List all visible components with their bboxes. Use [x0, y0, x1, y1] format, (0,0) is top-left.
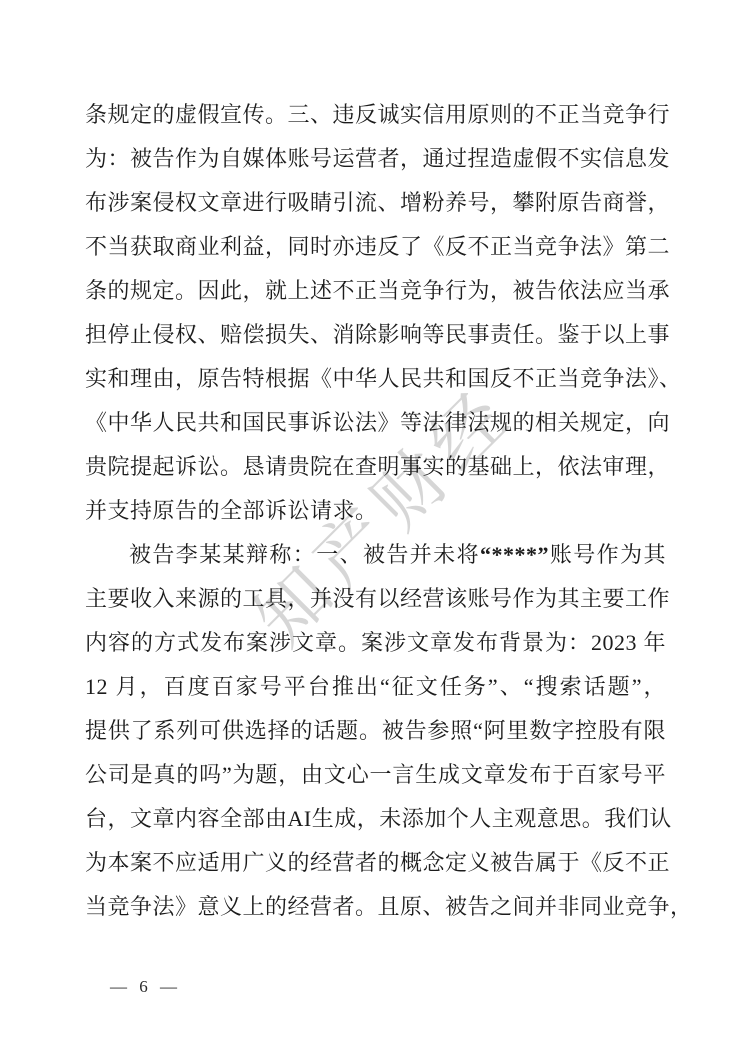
text-segment: 台，文章内容全部由AI生成，未添加个人主观意思。我们认	[85, 806, 672, 831]
text-line: 条的规定。因此，就上述不正当竞争行为，被告依法应当承	[85, 269, 666, 313]
text-line: 公司是真的吗”为题，由文心一言生成文章发布于百家号平	[85, 753, 666, 797]
text-line: 台，文章内容全部由AI生成，未添加个人主观意思。我们认	[85, 797, 666, 841]
text-line: 布涉案侵权文章进行吸睛引流、增粉养号，攀附原告商誉，	[85, 181, 666, 225]
text-segment: 《中华人民共和国民事诉讼法》等法律法规的相关规定，向	[85, 410, 670, 435]
redacted-account-name: “****”	[480, 542, 549, 567]
text-line: 为：被告作为自媒体账号运营者，通过捏造虚假不实信息发	[85, 137, 666, 181]
text-line: 并支持原告的全部诉讼请求。	[85, 489, 666, 533]
text-line: 12 月，百度百家号平台推出“征文任务”、“搜索话题”，	[85, 665, 666, 709]
text-segment: 担停止侵权、赔偿损失、消除影响等民事责任。鉴于以上事	[85, 322, 670, 347]
text-segment: 实和理由，原告特根据《中华人民共和国反不正当竞争法》、	[85, 366, 682, 391]
text-segment: 贵院提起诉讼。恳请贵院在查明事实的基础上，依法审理，	[85, 454, 670, 479]
text-line: 贵院提起诉讼。恳请贵院在查明事实的基础上，依法审理，	[85, 445, 666, 489]
text-segment: 为本案不应适用广义的经营者的概念定义被告属于《反不正	[85, 850, 670, 875]
text-segment: 条规定的虚假宣传。三、违反诚实信用原则的不正当竞争行	[85, 102, 670, 127]
text-line: 条规定的虚假宣传。三、违反诚实信用原则的不正当竞争行	[85, 93, 666, 137]
text-line: 为本案不应适用广义的经营者的概念定义被告属于《反不正	[85, 841, 666, 885]
text-segment: 不当获取商业利益，同时亦违反了《反不正当竞争法》第二	[85, 234, 670, 259]
text-segment: 提供了系列可供选择的话题。被告参照“阿里数字控股有限	[85, 718, 666, 743]
text-segment: 12 月，百度百家号平台推出“征文任务”、“搜索话题”，	[85, 674, 666, 699]
text-line: 提供了系列可供选择的话题。被告参照“阿里数字控股有限	[85, 709, 666, 753]
text-segment: 被告李某某辩称：一、被告并未将	[129, 542, 480, 567]
text-line: 内容的方式发布案涉文章。案涉文章发布背景为：2023 年	[85, 621, 666, 665]
document-page: 知产财经 条规定的虚假宣传。三、违反诚实信用原则的不正当竞争行为：被告作为自媒体…	[0, 0, 750, 1061]
text-segment: 账号作为其	[549, 542, 666, 567]
text-line: 不当获取商业利益，同时亦违反了《反不正当竞争法》第二	[85, 225, 666, 269]
text-line: 主要收入来源的工具，并没有以经营该账号作为其主要工作	[85, 577, 666, 621]
text-segment: 主要收入来源的工具，并没有以经营该账号作为其主要工作	[85, 586, 670, 611]
text-line: 担停止侵权、赔偿损失、消除影响等民事责任。鉴于以上事	[85, 313, 666, 357]
text-line: 当竞争法》意义上的经营者。且原、被告之间并非同业竞争，	[85, 885, 666, 929]
text-line: 被告李某某辩称：一、被告并未将“****”账号作为其	[85, 533, 666, 577]
text-segment: 为：被告作为自媒体账号运营者，通过捏造虚假不实信息发	[85, 146, 670, 171]
document-body: 条规定的虚假宣传。三、违反诚实信用原则的不正当竞争行为：被告作为自媒体账号运营者…	[85, 93, 666, 929]
text-segment: 布涉案侵权文章进行吸睛引流、增粉养号，攀附原告商誉，	[85, 190, 670, 215]
text-segment: 公司是真的吗”为题，由文心一言生成文章发布于百家号平	[85, 762, 666, 787]
text-line: 《中华人民共和国民事诉讼法》等法律法规的相关规定，向	[85, 401, 666, 445]
text-segment: 条的规定。因此，就上述不正当竞争行为，被告依法应当承	[85, 278, 670, 303]
text-segment: 并支持原告的全部诉讼请求。	[85, 498, 378, 523]
text-segment: 内容的方式发布案涉文章。案涉文章发布背景为：2023 年	[85, 630, 666, 655]
page-number: — 6 —	[110, 977, 178, 997]
text-line: 实和理由，原告特根据《中华人民共和国反不正当竞争法》、	[85, 357, 666, 401]
text-segment: 当竞争法》意义上的经营者。且原、被告之间并非同业竞争，	[85, 894, 693, 919]
